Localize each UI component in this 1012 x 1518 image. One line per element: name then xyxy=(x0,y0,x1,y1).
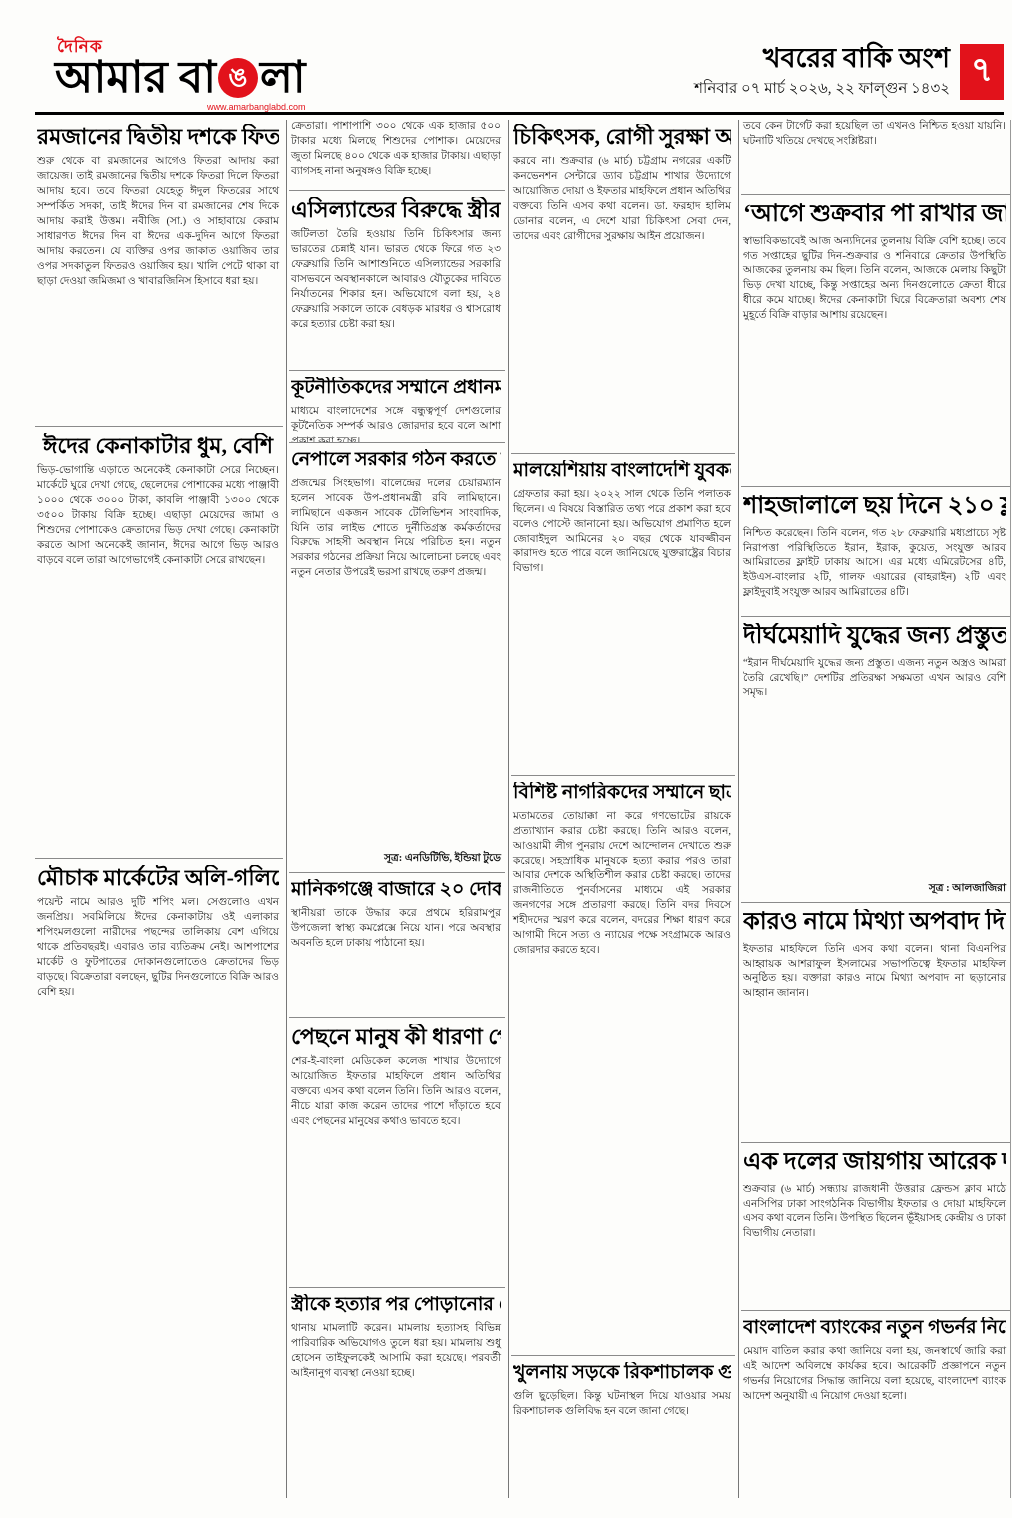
article-headline: নেপালে সরকার গঠন করতে চলেছে xyxy=(291,449,501,471)
page-header: দৈনিক আমার বা ঙ লা www.amarbanglabd.com … xyxy=(35,38,1004,112)
article-headline: এক দলের জায়গায় আরেক দল বসেছে xyxy=(743,1149,1006,1177)
article-shahjalal-flights: শাহজালালে ছয় দিনে ২১০ ফ্লাইট নিশ্চিত কর… xyxy=(741,486,1010,616)
article-body: স্থানীয়রা তাকে উদ্ধার করে প্রথমে হরিরাম… xyxy=(291,907,501,952)
article-headline: মানিকগঞ্জে বাজারে ২০ দোকান পুড়ে xyxy=(291,879,501,901)
article-body: স্বাভাবিকভাবেই আজ অন্যদিনের তুলনায় বিক্… xyxy=(743,235,1006,324)
article-nepal-govt: নেপালে সরকার গঠন করতে চলেছে প্রজন্মের সি… xyxy=(289,442,505,872)
page-number-badge: ৭ xyxy=(960,44,1004,100)
article-body: শুক্রবার (৬ মার্চ) সন্ধ্যায় রাজধানী উত্… xyxy=(743,1183,1006,1243)
article-manikganj-fire: মানিকগঞ্জে বাজারে ২০ দোকান পুড়ে স্থানীয… xyxy=(289,872,505,1017)
column-divider-3 xyxy=(738,120,739,1498)
logo-circle-icon: ঙ xyxy=(218,58,258,98)
article-body: প্রজন্মের সিংহভাগ। বালেন্দ্রের দলের চেয়… xyxy=(291,477,501,581)
paper-title: আমার বা ঙ লা xyxy=(55,55,306,101)
date-line: শনিবার ০৭ মার্চ ২০২৬, ২২ ফাল্গুন ১৪৩২ xyxy=(694,77,950,102)
section-title: খবরের বাকি অংশ xyxy=(694,44,950,74)
article-headline: কূটনীতিকদের সম্মানে প্রধানমন্ত্রীর xyxy=(291,377,501,399)
article-headline: স্ত্রীকে হত্যার পর পোড়ানোর চেষ্টা xyxy=(291,1294,501,1316)
article-eid-shopping: ঈদের কেনাকাটার ধুম, বেশি ভিড়-ভোগান্তি এ… xyxy=(35,426,283,858)
news-column-3: চিকিৎসক, রোগী সুরক্ষা আইন করবে না। শুক্র… xyxy=(511,118,735,1498)
article-wife-murder: স্ত্রীকে হত্যার পর পোড়ানোর চেষ্টা থানায… xyxy=(289,1287,505,1498)
article-friday-crowd: ‘আগে শুক্রবার পা রাখার জায়গা স্বাভাবিকভ… xyxy=(741,194,1010,486)
article-diplomats-pm: কূটনীতিকদের সম্মানে প্রধানমন্ত্রীর মাধ্য… xyxy=(289,370,505,442)
article-doctor-patient-law: চিকিৎসক, রোগী সুরক্ষা আইন করবে না। শুক্র… xyxy=(511,118,735,453)
article-iran-war-ready: দীর্ঘমেয়াদি যুদ্ধের জন্য প্রস্তুত “ইরান… xyxy=(741,616,1010,902)
article-body: নিশ্চিত করেছেন। তিনি বলেন, গত ২৮ ফেব্রুয… xyxy=(743,527,1006,602)
article-headline: বাংলাদেশ ব্যাংকের নতুন গভর্নর নিয়োগের xyxy=(743,1317,1006,1339)
news-column-1: রমজানের দ্বিতীয় দশকে ফিতরা শুরু থেকে বা… xyxy=(35,118,283,1498)
article-body: মেয়াদ বাতিল করার কথা জানিয়ে বলা হয়, জ… xyxy=(743,1345,1006,1405)
masthead-logo: দৈনিক আমার বা ঙ লা www.amarbanglabd.com xyxy=(55,38,306,112)
article-body: শের-ই-বাংলা মেডিকেল কলেজ শাখার উদ্যোগে আ… xyxy=(291,1055,501,1130)
article-body: ভিড়-ভোগান্তি এড়াতে অনেকেই কেনাকাটা সের… xyxy=(37,464,279,568)
article-false-accusation: কারও নামে মিথ্যা অপবাদ দিয়ে তাকে ইফতার … xyxy=(741,902,1010,1142)
article-headline: খুলনায় সড়কে রিকশাচালক গুলিবিদ্ধ xyxy=(513,1362,731,1384)
article-public-opinion: পেছনে মানুষ কী ধারণা পোষণ শের-ই-বাংলা মে… xyxy=(289,1017,505,1287)
header-right: খবরের বাকি অংশ শনিবার ০৭ মার্চ ২০২৬, ২২ … xyxy=(694,44,1004,102)
article-headline: চিকিৎসক, রোগী সুরক্ষা আইন xyxy=(513,124,731,149)
website-url: www.amarbanglabd.com xyxy=(55,102,306,112)
news-column-4: তবে কেন টার্গেট করা হয়েছিল তা এখনও নিশ্… xyxy=(741,118,1010,1498)
article-body: গ্রেফতার করা হয়। ২০২২ সাল থেকে তিনি পলা… xyxy=(513,488,731,577)
page-content: রমজানের দ্বিতীয় দশকে ফিতরা শুরু থেকে বা… xyxy=(0,118,1012,1498)
article-headline: এসিল্যান্ডের বিরুদ্ধে স্ত্রীর মামলা xyxy=(291,197,501,222)
article-khulna-rickshaw: খুলনায় সড়কে রিকশাচালক গুলিবিদ্ধ গুলি ছ… xyxy=(511,1355,735,1498)
article-body: করবে না। শুক্রবার (৬ মার্চ) চট্টগ্রাম নগ… xyxy=(513,155,731,244)
article-body: মাধ্যমে বাংলাদেশের সঙ্গে বন্ধুত্বপূর্ণ দ… xyxy=(291,405,501,442)
article-body: জটিলতা তৈরি হওয়ায় তিনি চিকিৎসার জন্য ভ… xyxy=(291,228,501,332)
column-divider-2 xyxy=(508,120,509,1498)
article-body: “ইরান দীর্ঘমেয়াদি যুদ্ধের জন্য প্রস্তুত… xyxy=(743,657,1006,702)
article-body: তবে কেন টার্গেট করা হয়েছিল তা এখনও নিশ্… xyxy=(743,120,1006,150)
paper-title-pre: আমার বা xyxy=(55,55,216,101)
article-bb-governor: বাংলাদেশ ব্যাংকের নতুন গভর্নর নিয়োগের ম… xyxy=(741,1310,1010,1498)
paper-title-post: লা xyxy=(260,55,306,101)
article-source: সূত্র : আলজাজিরা xyxy=(743,878,1006,898)
article-body: থানায় মামলাটি করেন। মামলায় হত্যাসহ বিভ… xyxy=(291,1322,501,1382)
article-headline: পেছনে মানুষ কী ধারণা পোষণ xyxy=(291,1024,501,1049)
article-body: শুরু থেকে বা রমজানের আগেও ফিতরা আদায় কর… xyxy=(37,155,279,289)
article-fitra: রমজানের দ্বিতীয় দশকে ফিতরা শুরু থেকে বা… xyxy=(35,118,283,426)
article-headline: দীর্ঘমেয়াদি যুদ্ধের জন্য প্রস্তুত xyxy=(743,623,1006,651)
article-body: ইফতার মাহফিলে তিনি এসব কথা বলেন। থানা বি… xyxy=(743,943,1006,1003)
article-headline: শাহজালালে ছয় দিনে ২১০ ফ্লাইট xyxy=(743,493,1006,521)
article-acland-case: এসিল্যান্ডের বিরুদ্ধে স্ত্রীর মামলা জটিল… xyxy=(289,190,505,370)
article-body: ক্রেতারা। পাশাপাশি ৩০০ থেকে এক হাজার ৫০০… xyxy=(291,120,501,180)
article-malaysia-arrest: মালয়েশিয়ায় বাংলাদেশি যুবককে গ্রেফতার … xyxy=(511,453,735,775)
article-headline: মালয়েশিয়ায় বাংলাদেশি যুবককে গ্রেফতার xyxy=(513,460,731,482)
article-headline: বিশিষ্ট নাগরিকদের সম্মানে ছাত্রশিবিরের xyxy=(513,782,731,804)
column-divider-1 xyxy=(286,120,287,1498)
article-headline: ‘আগে শুক্রবার পা রাখার জায়গা xyxy=(743,201,1006,229)
header-divider-rule xyxy=(35,112,1004,115)
article-headline: ঈদের কেনাকাটার ধুম, বেশি xyxy=(37,433,279,458)
article-body: গুলি ছুড়েছিল। কিন্তু ঘটনাস্থল দিয়ে যাও… xyxy=(513,1390,731,1420)
article-continuation: তবে কেন টার্গেট করা হয়েছিল তা এখনও নিশ্… xyxy=(741,118,1010,194)
article-headline: মৌচাক মার্কেটের অলি-গলিতেও পা xyxy=(37,865,279,890)
article-headline: কারও নামে মিথ্যা অপবাদ দিয়ে তাকে xyxy=(743,909,1006,937)
article-shibir-honors: বিশিষ্ট নাগরিকদের সম্মানে ছাত্রশিবিরের ম… xyxy=(511,775,735,1355)
article-headline: রমজানের দ্বিতীয় দশকে ফিতরা xyxy=(37,124,279,149)
article-source: সূত্র: এনডিটিভি, ইন্ডিয়া টুডে xyxy=(291,848,501,868)
article-body: পয়েন্ট নামে আরও দুটি শপিং মল। সেগুলোও এ… xyxy=(37,896,279,1000)
page-edge-rule xyxy=(1010,120,1011,1498)
article-continuation: ক্রেতারা। পাশাপাশি ৩০০ থেকে এক হাজার ৫০০… xyxy=(289,118,505,190)
article-party-replaced: এক দলের জায়গায় আরেক দল বসেছে শুক্রবার … xyxy=(741,1142,1010,1310)
article-body: মতামতের তোয়াক্কা না করে গণভোটের রায়কে … xyxy=(513,810,731,959)
article-mouchak-market: মৌচাক মার্কেটের অলি-গলিতেও পা পয়েন্ট না… xyxy=(35,858,283,1498)
news-column-2: ক্রেতারা। পাশাপাশি ৩০০ থেকে এক হাজার ৫০০… xyxy=(289,118,505,1498)
